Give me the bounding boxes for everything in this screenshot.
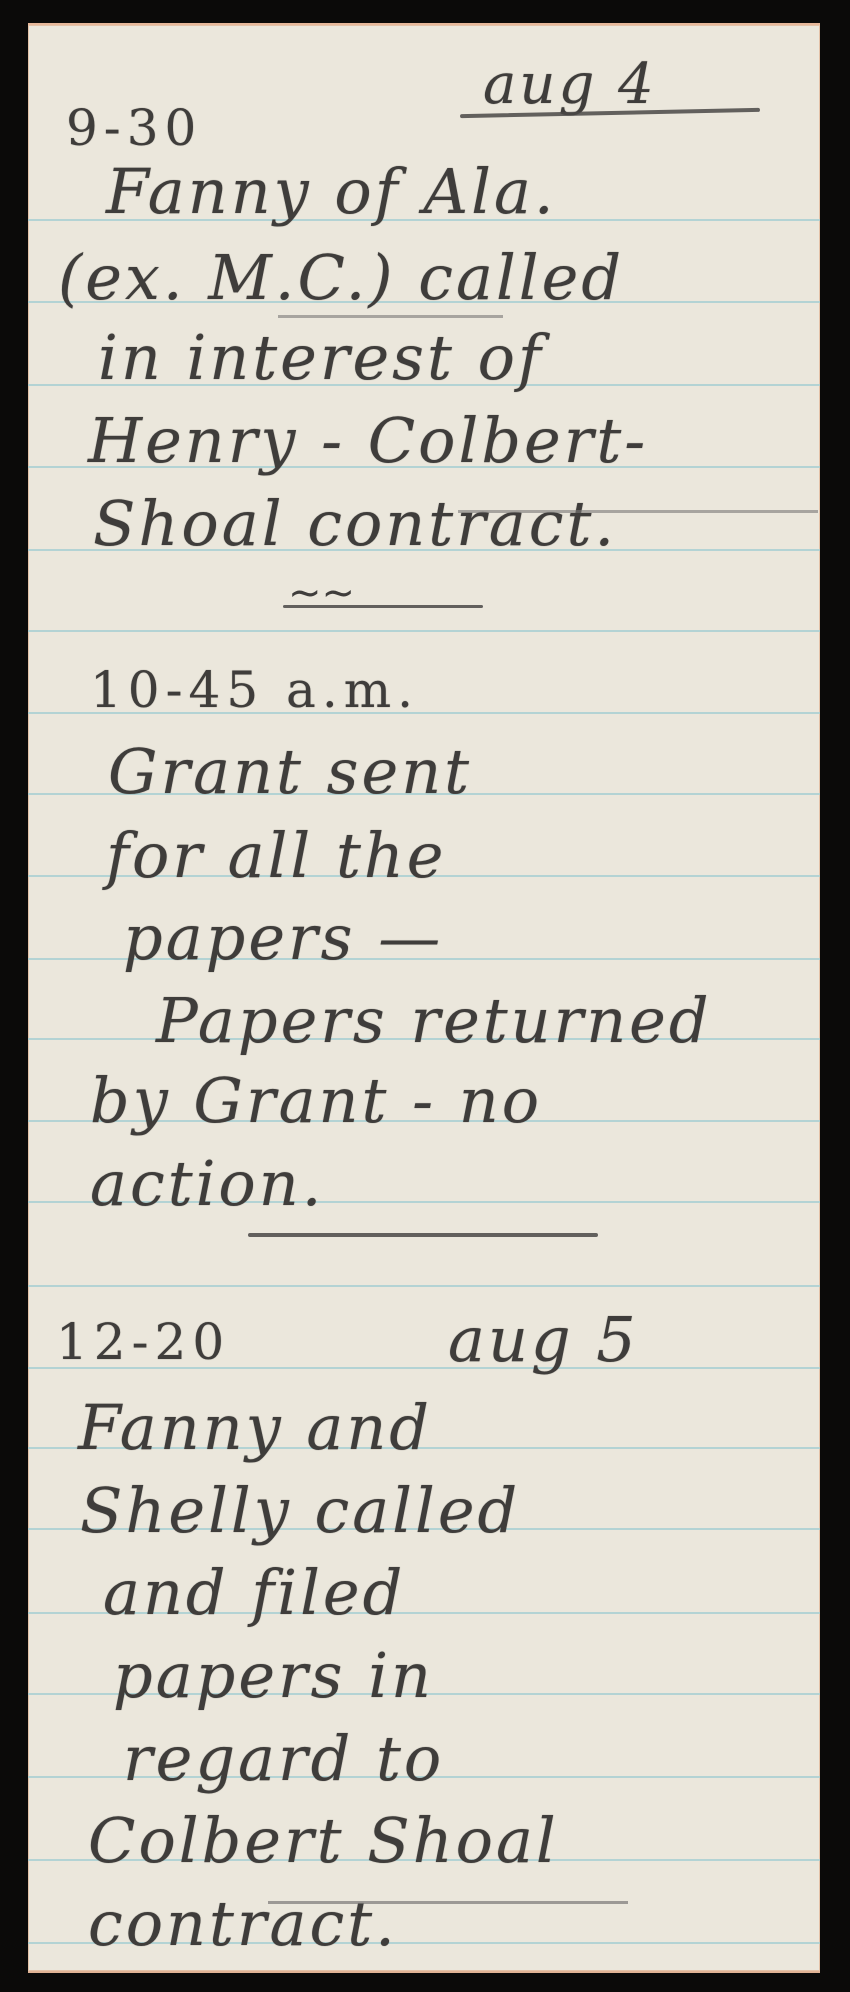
entry-line: and filed	[103, 1562, 405, 1624]
entry-line: (ex. M.C.) called	[58, 247, 624, 309]
ruled-line	[28, 1285, 820, 1287]
notepaper-sheet: aug 4 9-30 Fanny of Ala. (ex. M.C.) call…	[28, 23, 820, 1973]
ruled-line	[28, 630, 820, 632]
pencil-stroke	[458, 510, 818, 513]
entry-time: 12-20	[56, 1317, 230, 1367]
entry-line: Grant sent	[108, 741, 472, 803]
pencil-stroke	[268, 1901, 628, 1904]
section-separator: ——	[248, 1233, 598, 1237]
entry-date: aug 5	[448, 1309, 639, 1371]
pencil-stroke	[278, 315, 503, 318]
entry-line: in interest of	[98, 327, 544, 389]
entry-line: by Grant - no	[90, 1070, 542, 1132]
entry-line: regard to	[123, 1728, 444, 1790]
entry-line: papers in	[113, 1645, 434, 1707]
entry-date: aug 4	[483, 57, 657, 113]
entry-line: Colbert Shoal	[88, 1810, 559, 1872]
entry-line: for all the	[106, 825, 447, 887]
entry-time: 10-45 a.m.	[90, 665, 419, 715]
entry-line: Fanny and	[78, 1397, 432, 1459]
entry-line: Papers returned	[156, 990, 712, 1052]
entry-time: 9-30	[66, 103, 202, 153]
entry-line: action.	[90, 1153, 324, 1215]
entry-line: papers —	[123, 907, 443, 969]
entry-line: Shelly called	[80, 1480, 520, 1542]
entry-line: Shoal contract.	[93, 493, 617, 555]
entry-line: Fanny of Ala.	[106, 161, 557, 223]
entry-line: Henry - Colbert-	[88, 410, 648, 472]
section-separator	[283, 605, 483, 608]
